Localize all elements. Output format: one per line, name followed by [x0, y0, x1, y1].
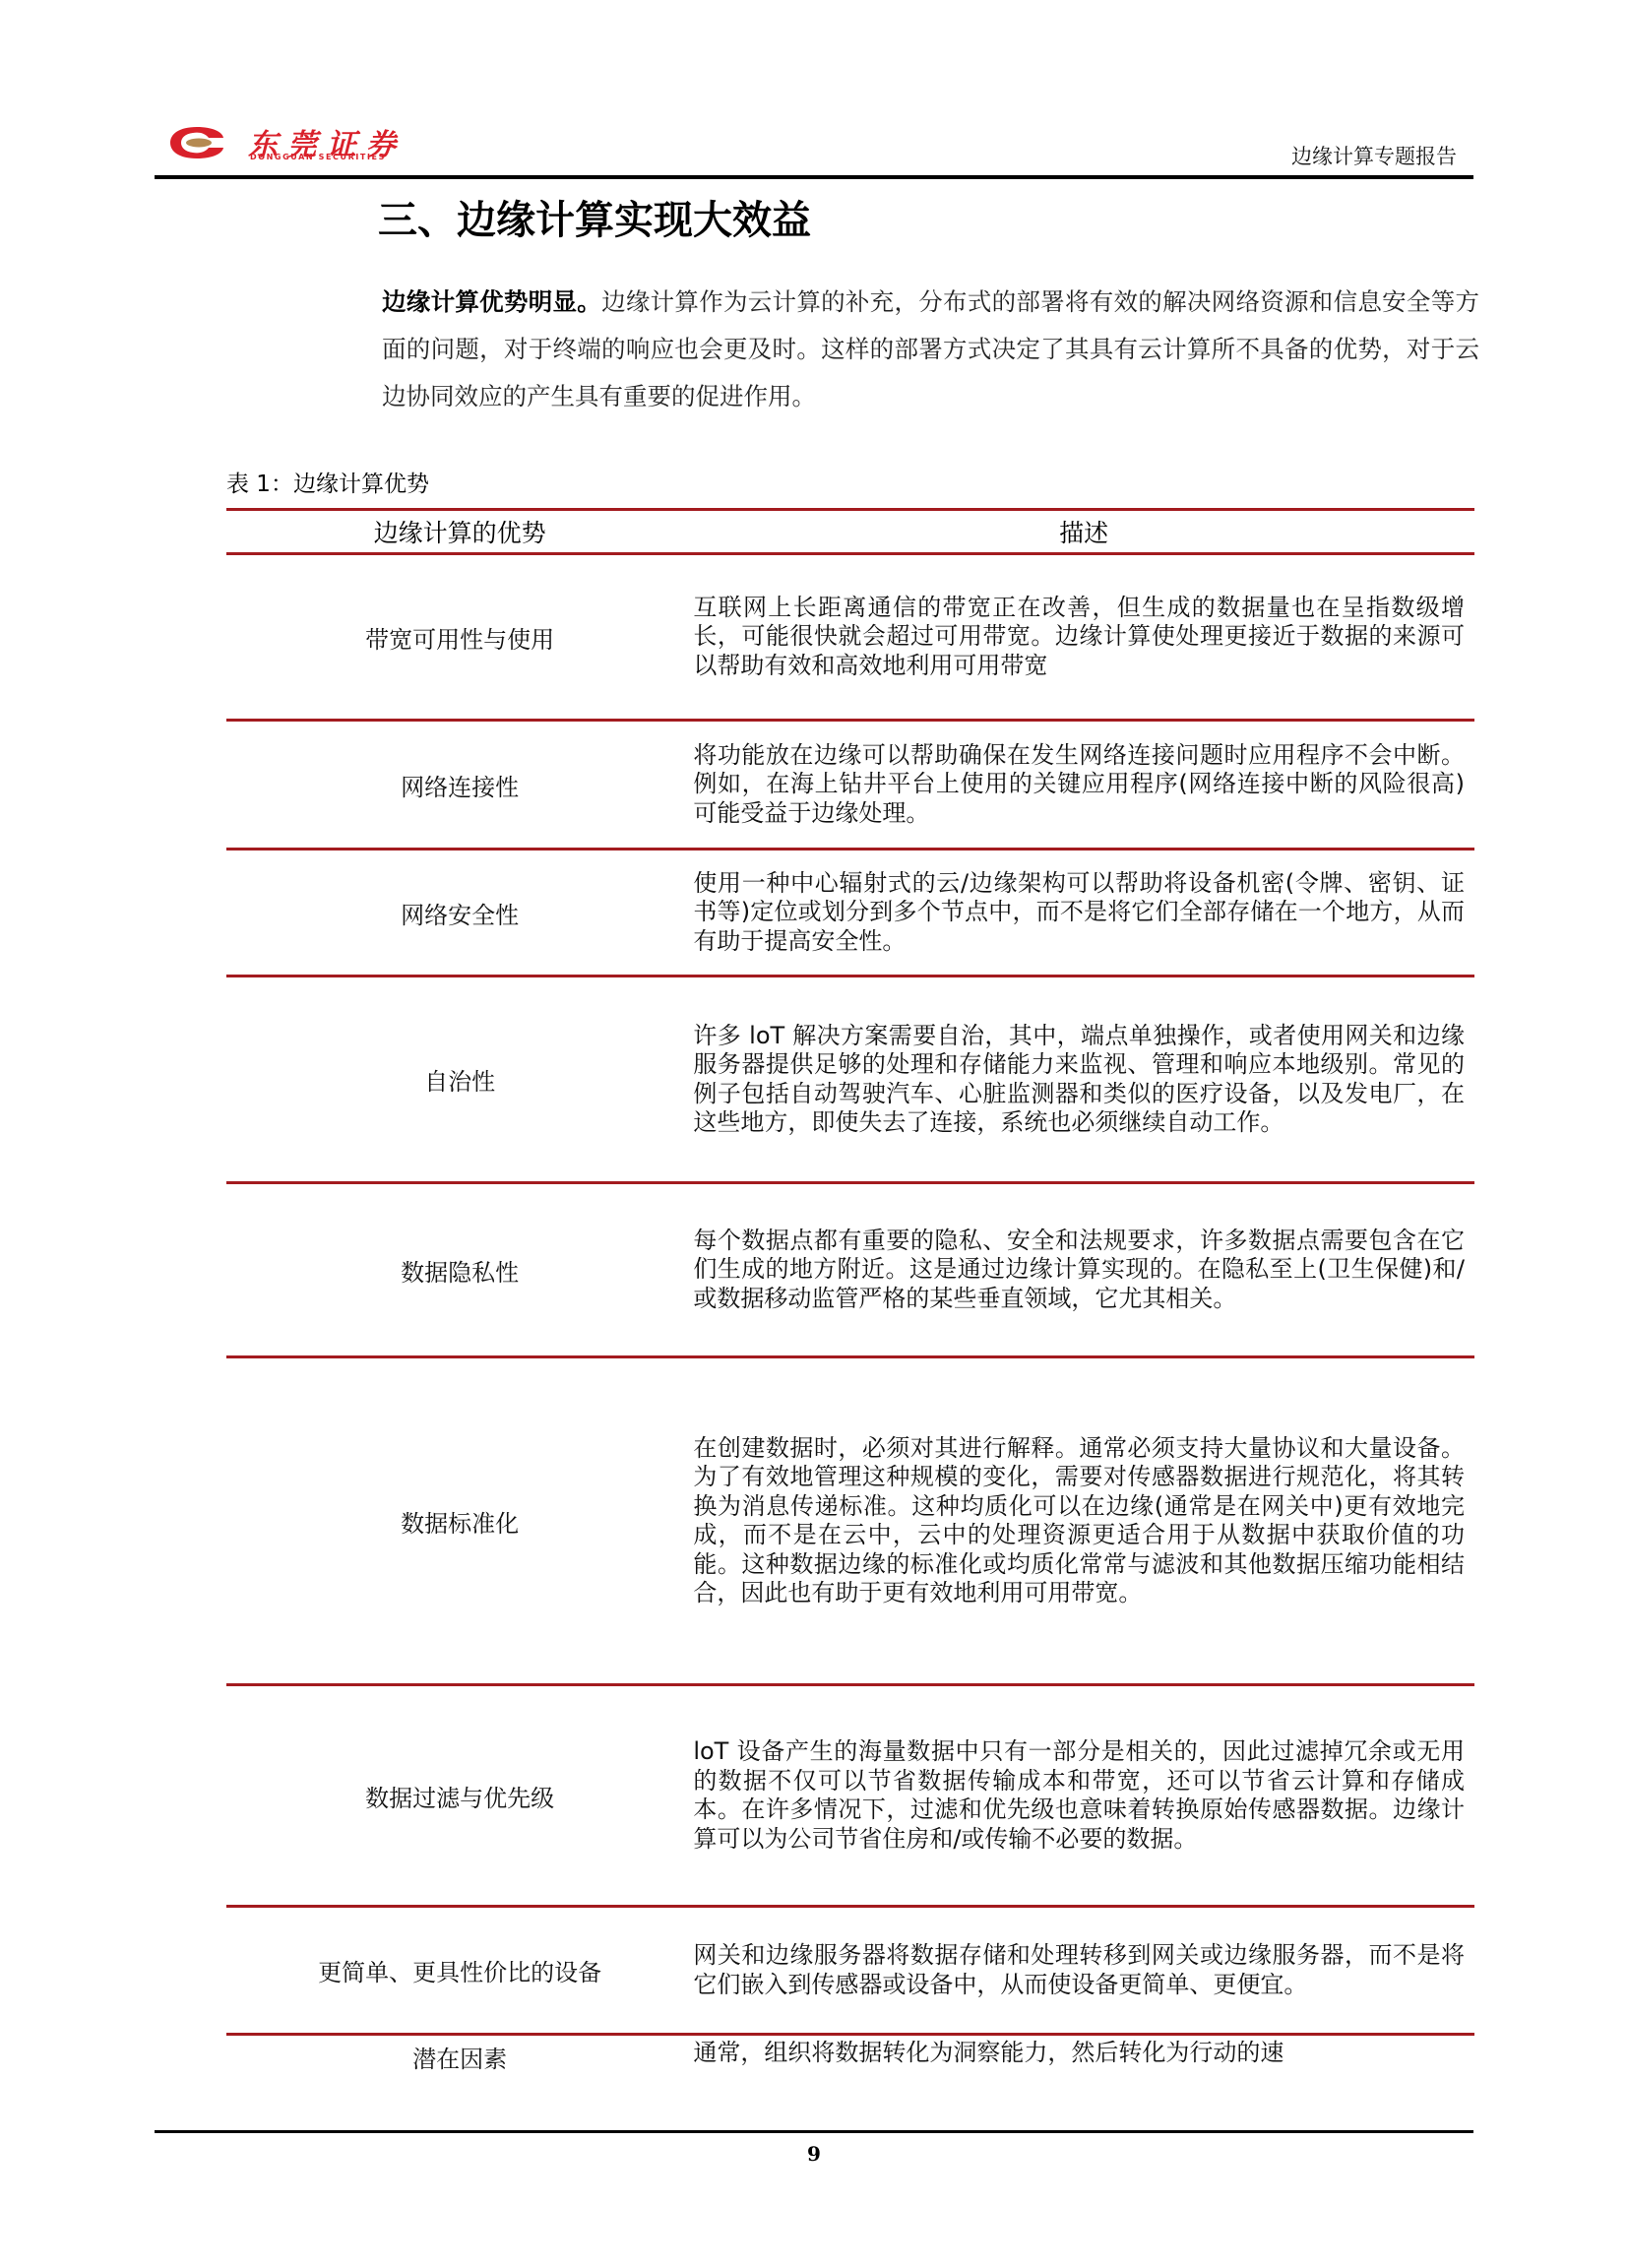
- table-row: 网络连接性 将功能放在边缘可以帮助确保在发生网络连接问题时应用程序不会中断。例如…: [226, 721, 1474, 850]
- column-header-advantage: 边缘计算的优势: [226, 510, 693, 554]
- advantages-table: 边缘计算的优势 描述 带宽可用性与使用 互联网上长距离通信的带宽正在改善，但生成…: [226, 508, 1474, 2074]
- report-title: 边缘计算专题报告: [1291, 141, 1457, 170]
- advantage-cell: 数据过滤与优先级: [226, 1685, 693, 1907]
- advantage-cell: 网络连接性: [226, 721, 693, 850]
- intro-lead: 边缘计算优势明显。: [382, 287, 601, 316]
- section-title: 三、边缘计算实现大效益: [378, 189, 811, 245]
- advantage-cell: 带宽可用性与使用: [226, 554, 693, 721]
- advantage-cell: 数据隐私性: [226, 1183, 693, 1357]
- advantage-cell: 自治性: [226, 976, 693, 1183]
- header-divider: [155, 175, 1473, 179]
- table-row: 更简单、更具性价比的设备 网关和边缘服务器将数据存储和处理转移到网关或边缘服务器…: [226, 1907, 1474, 2035]
- table-row: 数据过滤与优先级 loT 设备产生的海量数据中只有一部分是相关的，因此过滤掉冗余…: [226, 1685, 1474, 1907]
- table-row: 带宽可用性与使用 互联网上长距离通信的带宽正在改善，但生成的数据量也在呈指数级增…: [226, 554, 1474, 721]
- advantage-cell: 更简单、更具性价比的设备: [226, 1907, 693, 2035]
- company-logo: 东莞证券 DONGGUAN SECURITIES: [169, 122, 435, 161]
- intro-paragraph: 边缘计算优势明显。边缘计算作为云计算的补充，分布式的部署将有效的解决网络资源和信…: [382, 279, 1479, 420]
- description-cell: 使用一种中心辐射式的云/边缘架构可以帮助将设备机密(令牌、密钥、证书等)定位或划…: [693, 850, 1474, 976]
- footer-divider: [155, 2130, 1473, 2133]
- table-row: 数据标准化 在创建数据时，必须对其进行解释。通常必须支持大量协议和大量设备。为了…: [226, 1357, 1474, 1685]
- description-cell: 网关和边缘服务器将数据存储和处理转移到网关或边缘服务器，而不是将它们嵌入到传感器…: [693, 1907, 1474, 2035]
- description-cell: 在创建数据时，必须对其进行解释。通常必须支持大量协议和大量设备。为了有效地管理这…: [693, 1357, 1474, 1685]
- description-cell: 通常，组织将数据转化为洞察能力，然后转化为行动的速: [693, 2035, 1474, 2075]
- logo-mark-icon: [169, 126, 224, 159]
- table-caption: 表 1：边缘计算优势: [226, 466, 429, 498]
- page-number: 9: [0, 2142, 1628, 2166]
- description-cell: 互联网上长距离通信的带宽正在改善，但生成的数据量也在呈指数级增长，可能很快就会超…: [693, 554, 1474, 721]
- advantage-cell: 潜在因素: [226, 2035, 693, 2075]
- table-row: 自治性 许多 loT 解决方案需要自治，其中，端点单独操作，或者使用网关和边缘服…: [226, 976, 1474, 1183]
- column-header-description: 描述: [693, 510, 1474, 554]
- description-cell: 每个数据点都有重要的隐私、安全和法规要求，许多数据点需要包含在它们生成的地方附近…: [693, 1183, 1474, 1357]
- description-cell: 许多 loT 解决方案需要自治，其中，端点单独操作，或者使用网关和边缘服务器提供…: [693, 976, 1474, 1183]
- table-row: 数据隐私性 每个数据点都有重要的隐私、安全和法规要求，许多数据点需要包含在它们生…: [226, 1183, 1474, 1357]
- description-cell: 将功能放在边缘可以帮助确保在发生网络连接问题时应用程序不会中断。例如，在海上钻井…: [693, 721, 1474, 850]
- advantage-cell: 网络安全性: [226, 850, 693, 976]
- table-row: 潜在因素 通常，组织将数据转化为洞察能力，然后转化为行动的速: [226, 2035, 1474, 2075]
- advantage-cell: 数据标准化: [226, 1357, 693, 1685]
- logo-en-text: DONGGUAN SECURITIES: [250, 153, 386, 161]
- table-header-row: 边缘计算的优势 描述: [226, 510, 1474, 554]
- description-cell: loT 设备产生的海量数据中只有一部分是相关的，因此过滤掉冗余或无用的数据不仅可…: [693, 1685, 1474, 1907]
- table-row: 网络安全性 使用一种中心辐射式的云/边缘架构可以帮助将设备机密(令牌、密钥、证书…: [226, 850, 1474, 976]
